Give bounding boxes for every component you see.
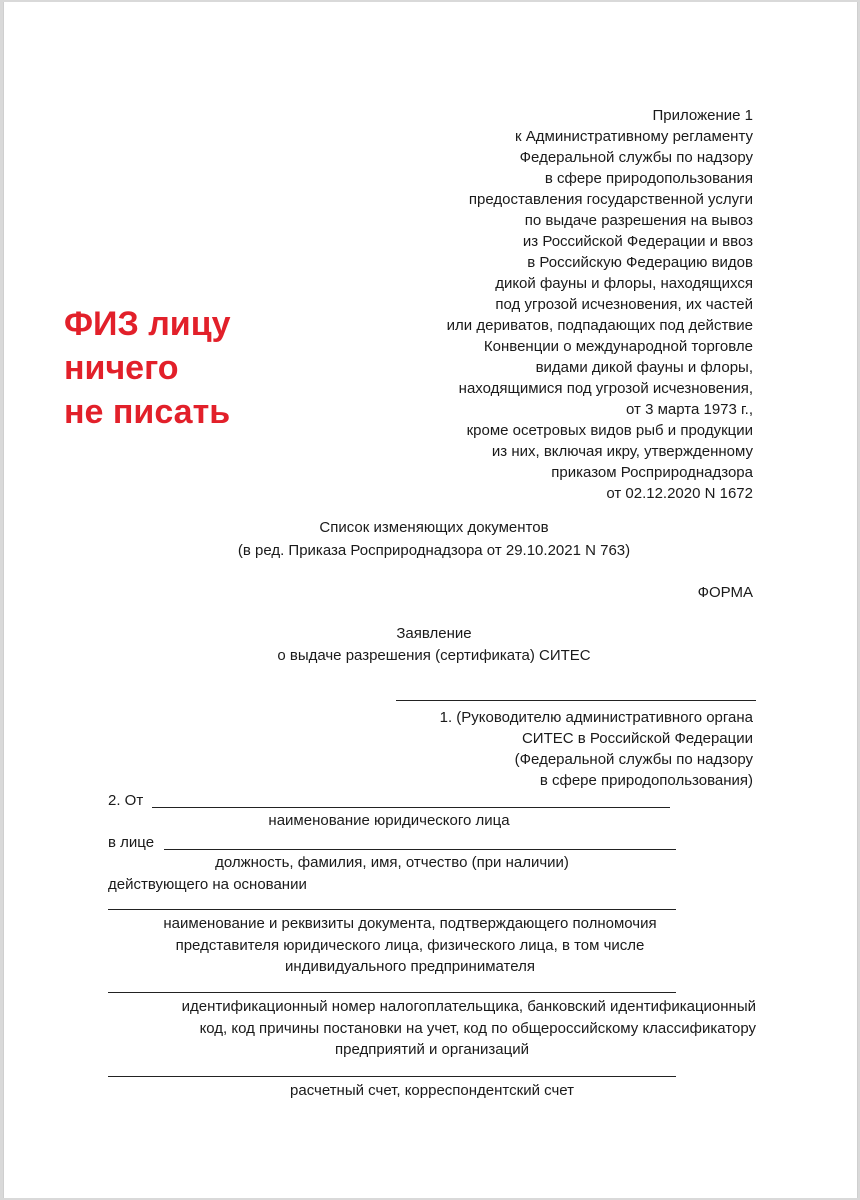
addressee-block: 1. (Руководителю административного орган… [440, 707, 753, 791]
annex-line: в сфере природопользования [447, 168, 753, 189]
application-title: Заявление [4, 623, 860, 644]
basis-label: действующего на основании [108, 874, 307, 895]
addressee-line: в сфере природопользования) [440, 770, 753, 791]
annex-line: Федеральной службы по надзору [447, 147, 753, 168]
account-caption: расчетный счет, корреспондентский счет [108, 1080, 756, 1101]
from-field[interactable] [152, 807, 670, 808]
annex-line: находящимися под угрозой исчезновения, [447, 378, 753, 399]
red-annotation: ФИЗ лицу ничего не писать [64, 302, 231, 434]
annotation-line: не писать [64, 390, 231, 434]
annex-line: Приложение 1 [447, 105, 753, 126]
annotation-line: ничего [64, 346, 231, 390]
annex-line: или дериватов, подпадающих под действие [447, 315, 753, 336]
annex-line: предоставления государственной услуги [447, 189, 753, 210]
basis-field[interactable] [108, 909, 676, 910]
annotation-line: ФИЗ лицу [64, 302, 231, 346]
annex-line: из них, включая икру, утвержденному [447, 441, 753, 462]
annex-line: дикой фауны и флоры, находящихся [447, 273, 753, 294]
ids-caption-3: предприятий и организаций [108, 1039, 756, 1060]
addressee-line: 1. (Руководителю административного орган… [440, 707, 753, 728]
changes-edition: (в ред. Приказа Росприроднадзора от 29.1… [4, 540, 860, 561]
ids-field[interactable] [108, 992, 676, 993]
annex-line: от 3 марта 1973 г., [447, 399, 753, 420]
annex-line: Конвенции о международной торговле [447, 336, 753, 357]
basis-caption-2: представителя юридического лица, физичес… [108, 935, 712, 956]
form-label: ФОРМА [698, 582, 753, 603]
annex-line: под угрозой исчезновения, их частей [447, 294, 753, 315]
ids-caption-1: идентификационный номер налогоплательщик… [108, 996, 756, 1017]
annex-line: приказом Росприроднадзора [447, 462, 753, 483]
annex-line: по выдаче разрешения на вывоз [447, 210, 753, 231]
annex-line: кроме осетровых видов рыб и продукции [447, 420, 753, 441]
from-caption: наименование юридического лица [108, 810, 670, 831]
application-subtitle: о выдаче разрешения (сертификата) СИТЕС [4, 645, 860, 666]
addressee-blank-line[interactable] [396, 700, 756, 701]
basis-caption-3: индивидуального предпринимателя [108, 956, 712, 977]
addressee-line: СИТЕС в Российской Федерации [440, 728, 753, 749]
ids-caption-2: код, код причины постановки на учет, код… [108, 1018, 756, 1039]
addressee-line: (Федеральной службы по надзору [440, 749, 753, 770]
basis-caption-1: наименование и реквизиты документа, подт… [108, 913, 712, 934]
account-field[interactable] [108, 1076, 676, 1077]
changes-title: Список изменяющих документов [4, 517, 860, 538]
annex-header: Приложение 1 к Административному регламе… [447, 105, 753, 504]
from-label: 2. От [108, 790, 143, 811]
annex-line: в Российскую Федерацию видов [447, 252, 753, 273]
annex-line: от 02.12.2020 N 1672 [447, 483, 753, 504]
person-label: в лице [108, 832, 154, 853]
annex-line: из Российской Федерации и ввоз [447, 231, 753, 252]
person-caption: должность, фамилия, имя, отчество (при н… [108, 852, 676, 873]
document-page: Приложение 1 к Административному регламе… [3, 2, 858, 1198]
annex-line: видами дикой фауны и флоры, [447, 357, 753, 378]
annex-line: к Административному регламенту [447, 126, 753, 147]
person-field[interactable] [164, 849, 676, 850]
